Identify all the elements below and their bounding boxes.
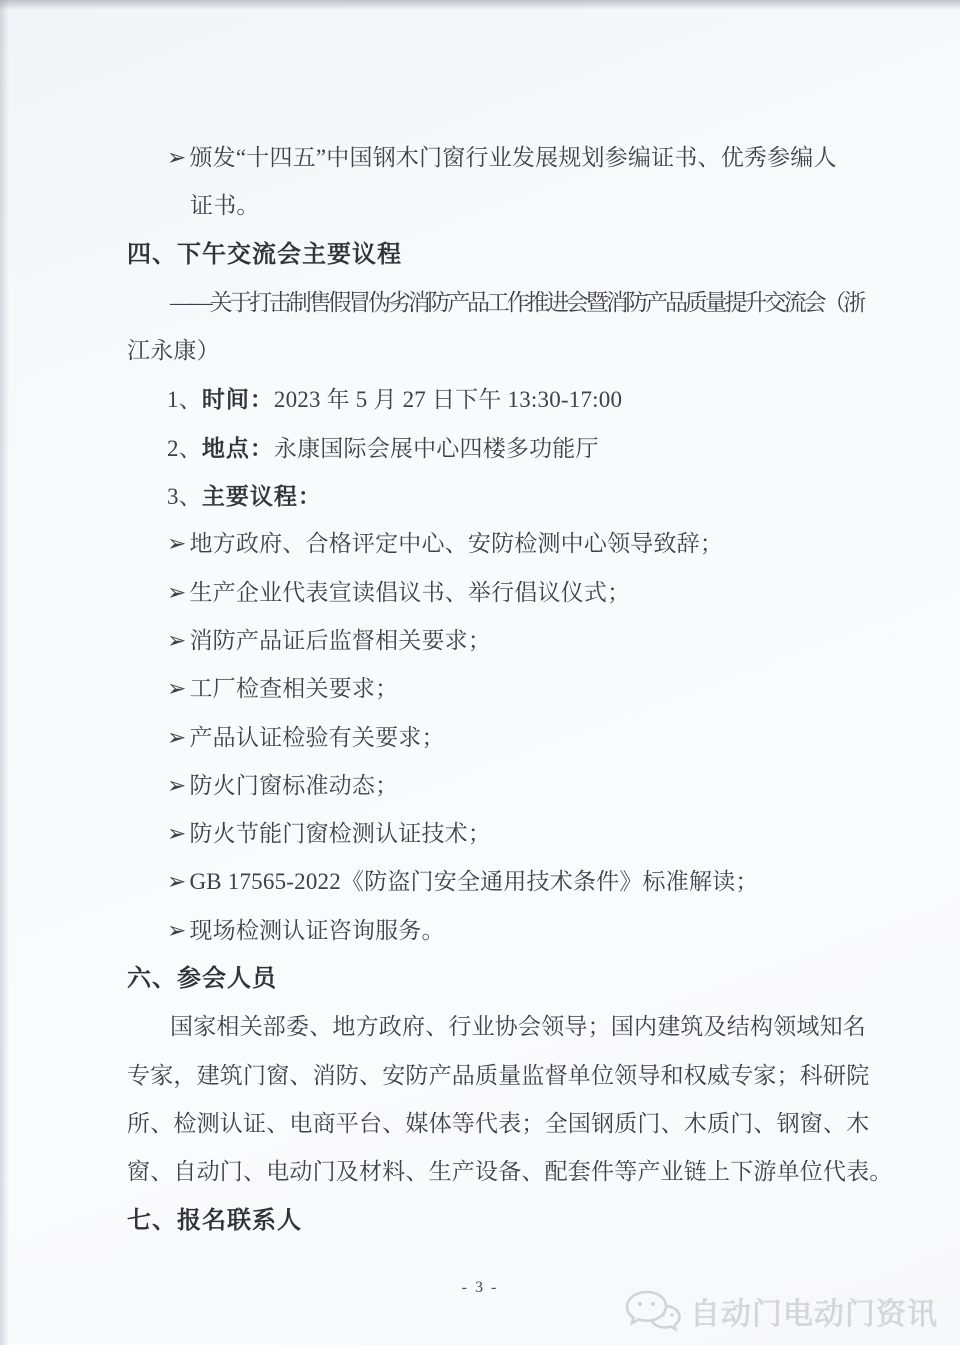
agenda-bullet: ➢工厂检查相关要求； (127, 665, 867, 713)
agenda-bullet-text: 生产企业代表宣读倡议书、举行倡议仪式； (189, 580, 630, 605)
agenda-bullet-text: 现场检测认证咨询服务。 (189, 918, 444, 943)
numbered-item-agenda: 3、主要议程： (127, 472, 867, 520)
section4-subtitle-line-1: ——关于打击制售假冒伪劣消防产品工作推进会暨消防产品质量提升交流会（浙 (127, 279, 867, 327)
intro-bullet-text: 颁发“十四五”中国钢木门窗行业发展规划参编证书、优秀参编人 (189, 145, 836, 170)
section7-heading: 七、报名联系人 (127, 1197, 867, 1245)
item-label: 主要议程： (202, 483, 322, 509)
scanned-page: ➢颁发“十四五”中国钢木门窗行业发展规划参编证书、优秀参编人 证书。 四、下午交… (0, 0, 960, 1345)
agenda-bullet-text: 消防产品证后监督相关要求； (189, 628, 491, 653)
intro-bullet-line-1: ➢颁发“十四五”中国钢木门窗行业发展规划参编证书、优秀参编人 (127, 134, 867, 182)
item-label: 时间： (202, 386, 274, 412)
agenda-bullet-text: 工厂检查相关要求； (189, 676, 398, 701)
arrow-bullet-icon: ➢ (167, 676, 186, 701)
attendees-paragraph-line-2: 专家，建筑门窗、消防、安防产品质量监督单位领导和权威专家；科研院 (127, 1052, 867, 1100)
arrow-bullet-icon: ➢ (167, 773, 186, 798)
arrow-bullet-icon: ➢ (167, 725, 186, 750)
intro-bullet-text-cont: 证书。 (190, 193, 260, 218)
agenda-bullet-text: GB 17565-2022《防盗门安全通用技术条件》标准解读； (189, 869, 758, 894)
item-label: 地点： (202, 435, 274, 461)
watermark: 自动门电动门资讯 (622, 1287, 938, 1335)
item-number: 3、 (167, 484, 202, 509)
arrow-bullet-icon: ➢ (167, 145, 186, 170)
attendees-paragraph-line-3: 所、检测认证、电商平台、媒体等代表；全国钢质门、木质门、钢窗、木 (127, 1100, 867, 1148)
agenda-bullet: ➢消防产品证后监督相关要求； (127, 617, 867, 665)
agenda-bullet-text: 防火节能门窗检测认证技术； (189, 821, 491, 846)
intro-bullet-line-2: 证书。 (127, 182, 867, 230)
section4-subtitle-line-2: 江永康） (127, 327, 867, 375)
attendees-paragraph-line-1: 国家相关部委、地方政府、行业协会领导；国内建筑及结构领域知名 (127, 1003, 867, 1051)
arrow-bullet-icon: ➢ (167, 580, 186, 605)
arrow-bullet-icon: ➢ (167, 869, 186, 894)
wechat-icon (622, 1288, 684, 1334)
item-number: 1、 (167, 387, 202, 412)
agenda-bullet-text: 产品认证检验有关要求； (189, 725, 444, 750)
agenda-bullet: ➢地方政府、合格评定中心、安防检测中心领导致辞； (127, 520, 867, 568)
attendees-paragraph-line-4: 窗、自动门、电动门及材料、生产设备、配套件等产业链上下游单位代表。 (127, 1148, 867, 1196)
arrow-bullet-icon: ➢ (167, 821, 186, 846)
agenda-bullet-text: 防火门窗标准动态； (189, 773, 398, 798)
item-number: 2、 (167, 436, 202, 461)
section4-heading: 四、下午交流会主要议程 (127, 231, 867, 279)
agenda-bullet-text: 地方政府、合格评定中心、安防检测中心领导致辞； (189, 531, 723, 556)
arrow-bullet-icon: ➢ (167, 918, 186, 943)
numbered-item-time: 1、时间：2023 年 5 月 27 日下午 13:30-17:00 (127, 375, 867, 423)
numbered-item-location: 2、地点：永康国际会展中心四楼多功能厅 (127, 424, 867, 472)
agenda-bullet: ➢防火门窗标准动态； (127, 762, 867, 810)
arrow-bullet-icon: ➢ (167, 628, 186, 653)
item-value: 永康国际会展中心四楼多功能厅 (274, 436, 599, 461)
agenda-bullet: ➢防火节能门窗检测认证技术； (127, 810, 867, 858)
agenda-bullet: ➢生产企业代表宣读倡议书、举行倡议仪式； (127, 569, 867, 617)
watermark-text: 自动门电动门资讯 (690, 1289, 938, 1333)
item-value: 2023 年 5 月 27 日下午 13:30-17:00 (274, 387, 622, 412)
agenda-bullet: ➢GB 17565-2022《防盗门安全通用技术条件》标准解读； (127, 858, 867, 906)
agenda-bullet: ➢现场检测认证咨询服务。 (127, 907, 867, 955)
agenda-bullet: ➢产品认证检验有关要求； (127, 714, 867, 762)
section6-heading: 六、参会人员 (127, 955, 867, 1003)
arrow-bullet-icon: ➢ (167, 531, 186, 556)
document-body: ➢颁发“十四五”中国钢木门窗行业发展规划参编证书、优秀参编人 证书。 四、下午交… (127, 0, 867, 1245)
